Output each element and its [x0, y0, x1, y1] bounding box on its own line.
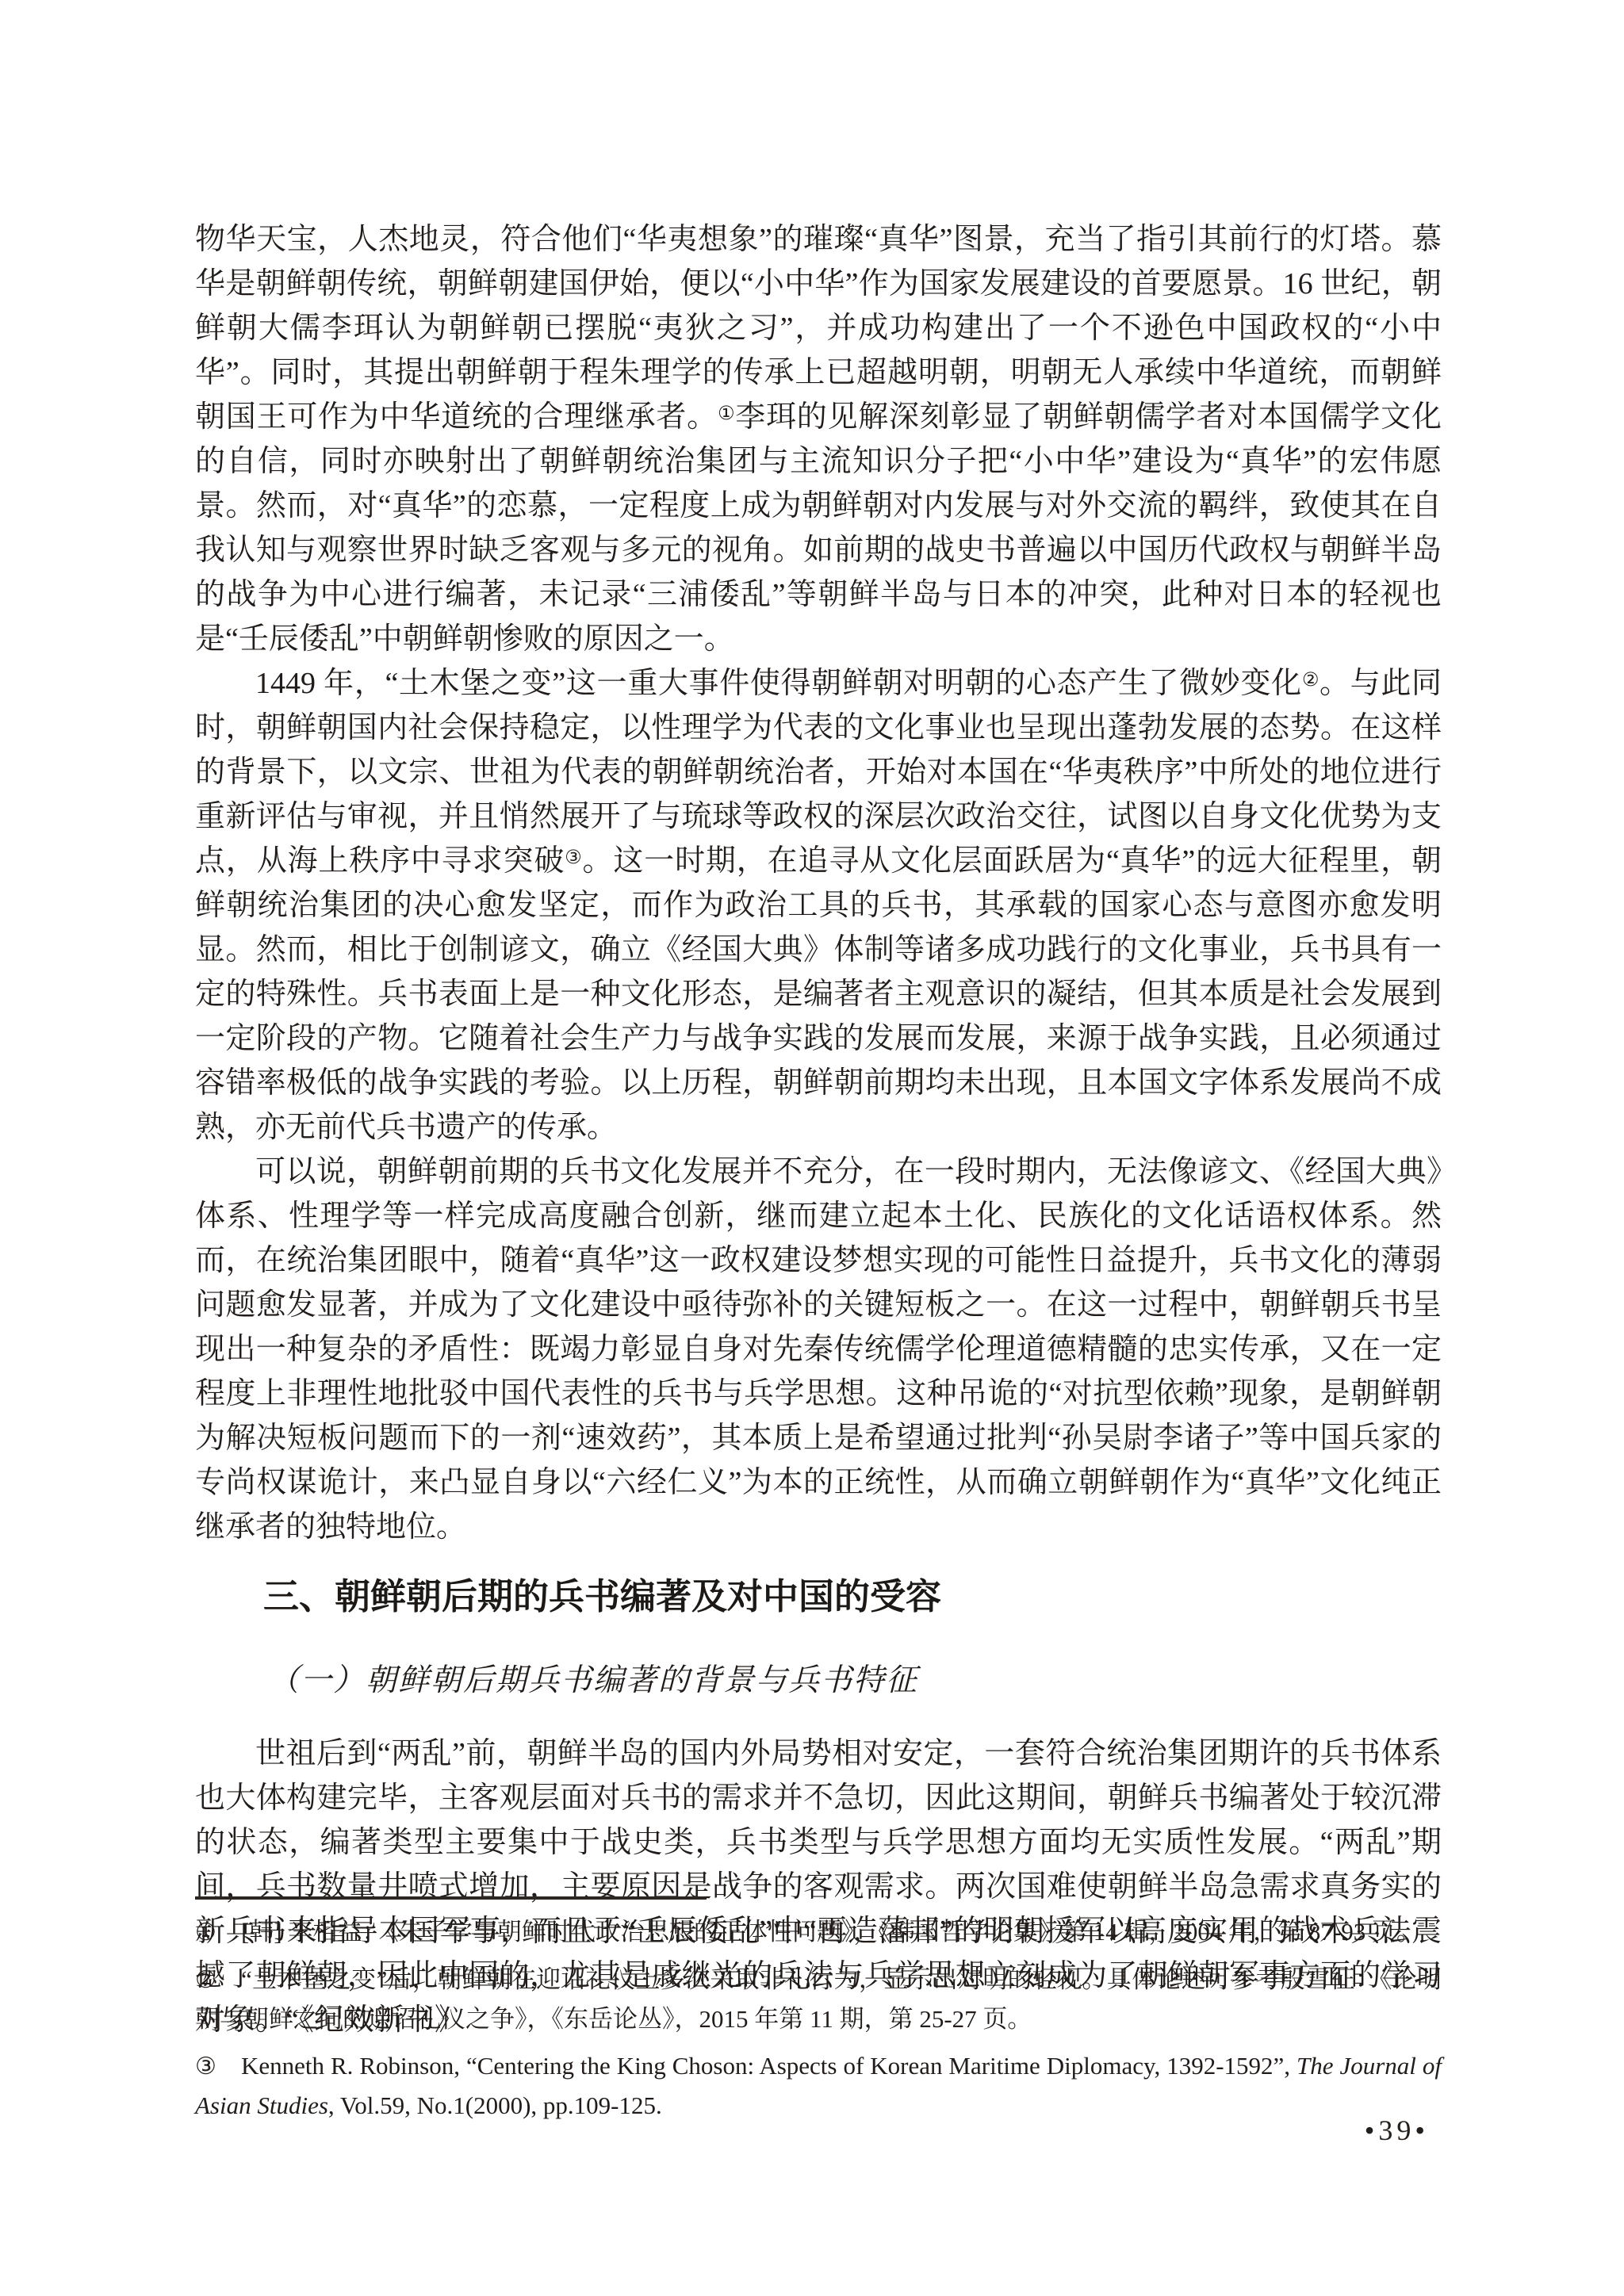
italic-journal-title: The Journal of Asian Studies — [195, 2052, 1442, 2119]
footnote-item: ②“土木堡之变”后，朝鲜朝在迎诏礼仪上多次采取非礼行为，显示出对明的轻视。具体论… — [195, 1960, 1442, 2038]
article-body: 物华天宝，人杰地灵，符合他们“华夷想象”的璀璨“真华”图景，充当了指引其前行的灯… — [195, 217, 1442, 2042]
paragraph: 可以说，朝鲜朝前期的兵书文化发展并不充分，在一段时期内，无法像谚文、《经国大典》… — [195, 1150, 1442, 1549]
footnote-ref: ① — [718, 402, 735, 424]
footnote-separator — [195, 1896, 707, 1900]
section-heading: 三、朝鲜朝后期的兵书编著及对中国的受容 — [195, 1571, 1442, 1622]
subsection-heading: （一）朝鲜朝后期兵书编著的背景与兵书特征 — [195, 1659, 1442, 1703]
paragraph: 1449 年，“土木堡之变”这一重大事件使得朝鲜朝对明朝的心态产生了微妙变化②。… — [195, 661, 1442, 1150]
footnote-area: ①[韩] 李相益：《朱子学与朝鲜时代政治思想的正体性问题》，《韩国哲学论集》第 … — [195, 1896, 1442, 2133]
paragraph: 物华天宝，人杰地灵，符合他们“华夷想象”的璀璨“真华”图景，充当了指引其前行的灯… — [195, 217, 1442, 661]
footnote-item: ①[韩] 李相益：《朱子学与朝鲜时代政治思想的正体性问题》，《韩国哲学论集》第 … — [195, 1912, 1442, 1952]
footnote-ref: ③ — [565, 846, 582, 868]
footnote-item: ③Kenneth R. Robinson, “Centering the Kin… — [195, 2046, 1442, 2125]
body-paragraphs: 物华天宝，人杰地灵，符合他们“华夷想象”的璀璨“真华”图景，充当了指引其前行的灯… — [195, 217, 1442, 1549]
footnotes: ①[韩] 李相益：《朱子学与朝鲜时代政治思想的正体性问题》，《韩国哲学论集》第 … — [195, 1912, 1442, 2125]
footnote-marker: ③ — [195, 2047, 241, 2086]
paper-page: 物华天宝，人杰地灵，符合他们“华夷想象”的璀璨“真华”图景，充当了指引其前行的灯… — [0, 0, 1624, 2296]
footnote-marker: ① — [195, 1913, 241, 1952]
footnote-marker: ② — [195, 1961, 241, 1999]
footnote-ref: ② — [1302, 668, 1319, 691]
page-number: •39• — [1365, 2114, 1429, 2147]
